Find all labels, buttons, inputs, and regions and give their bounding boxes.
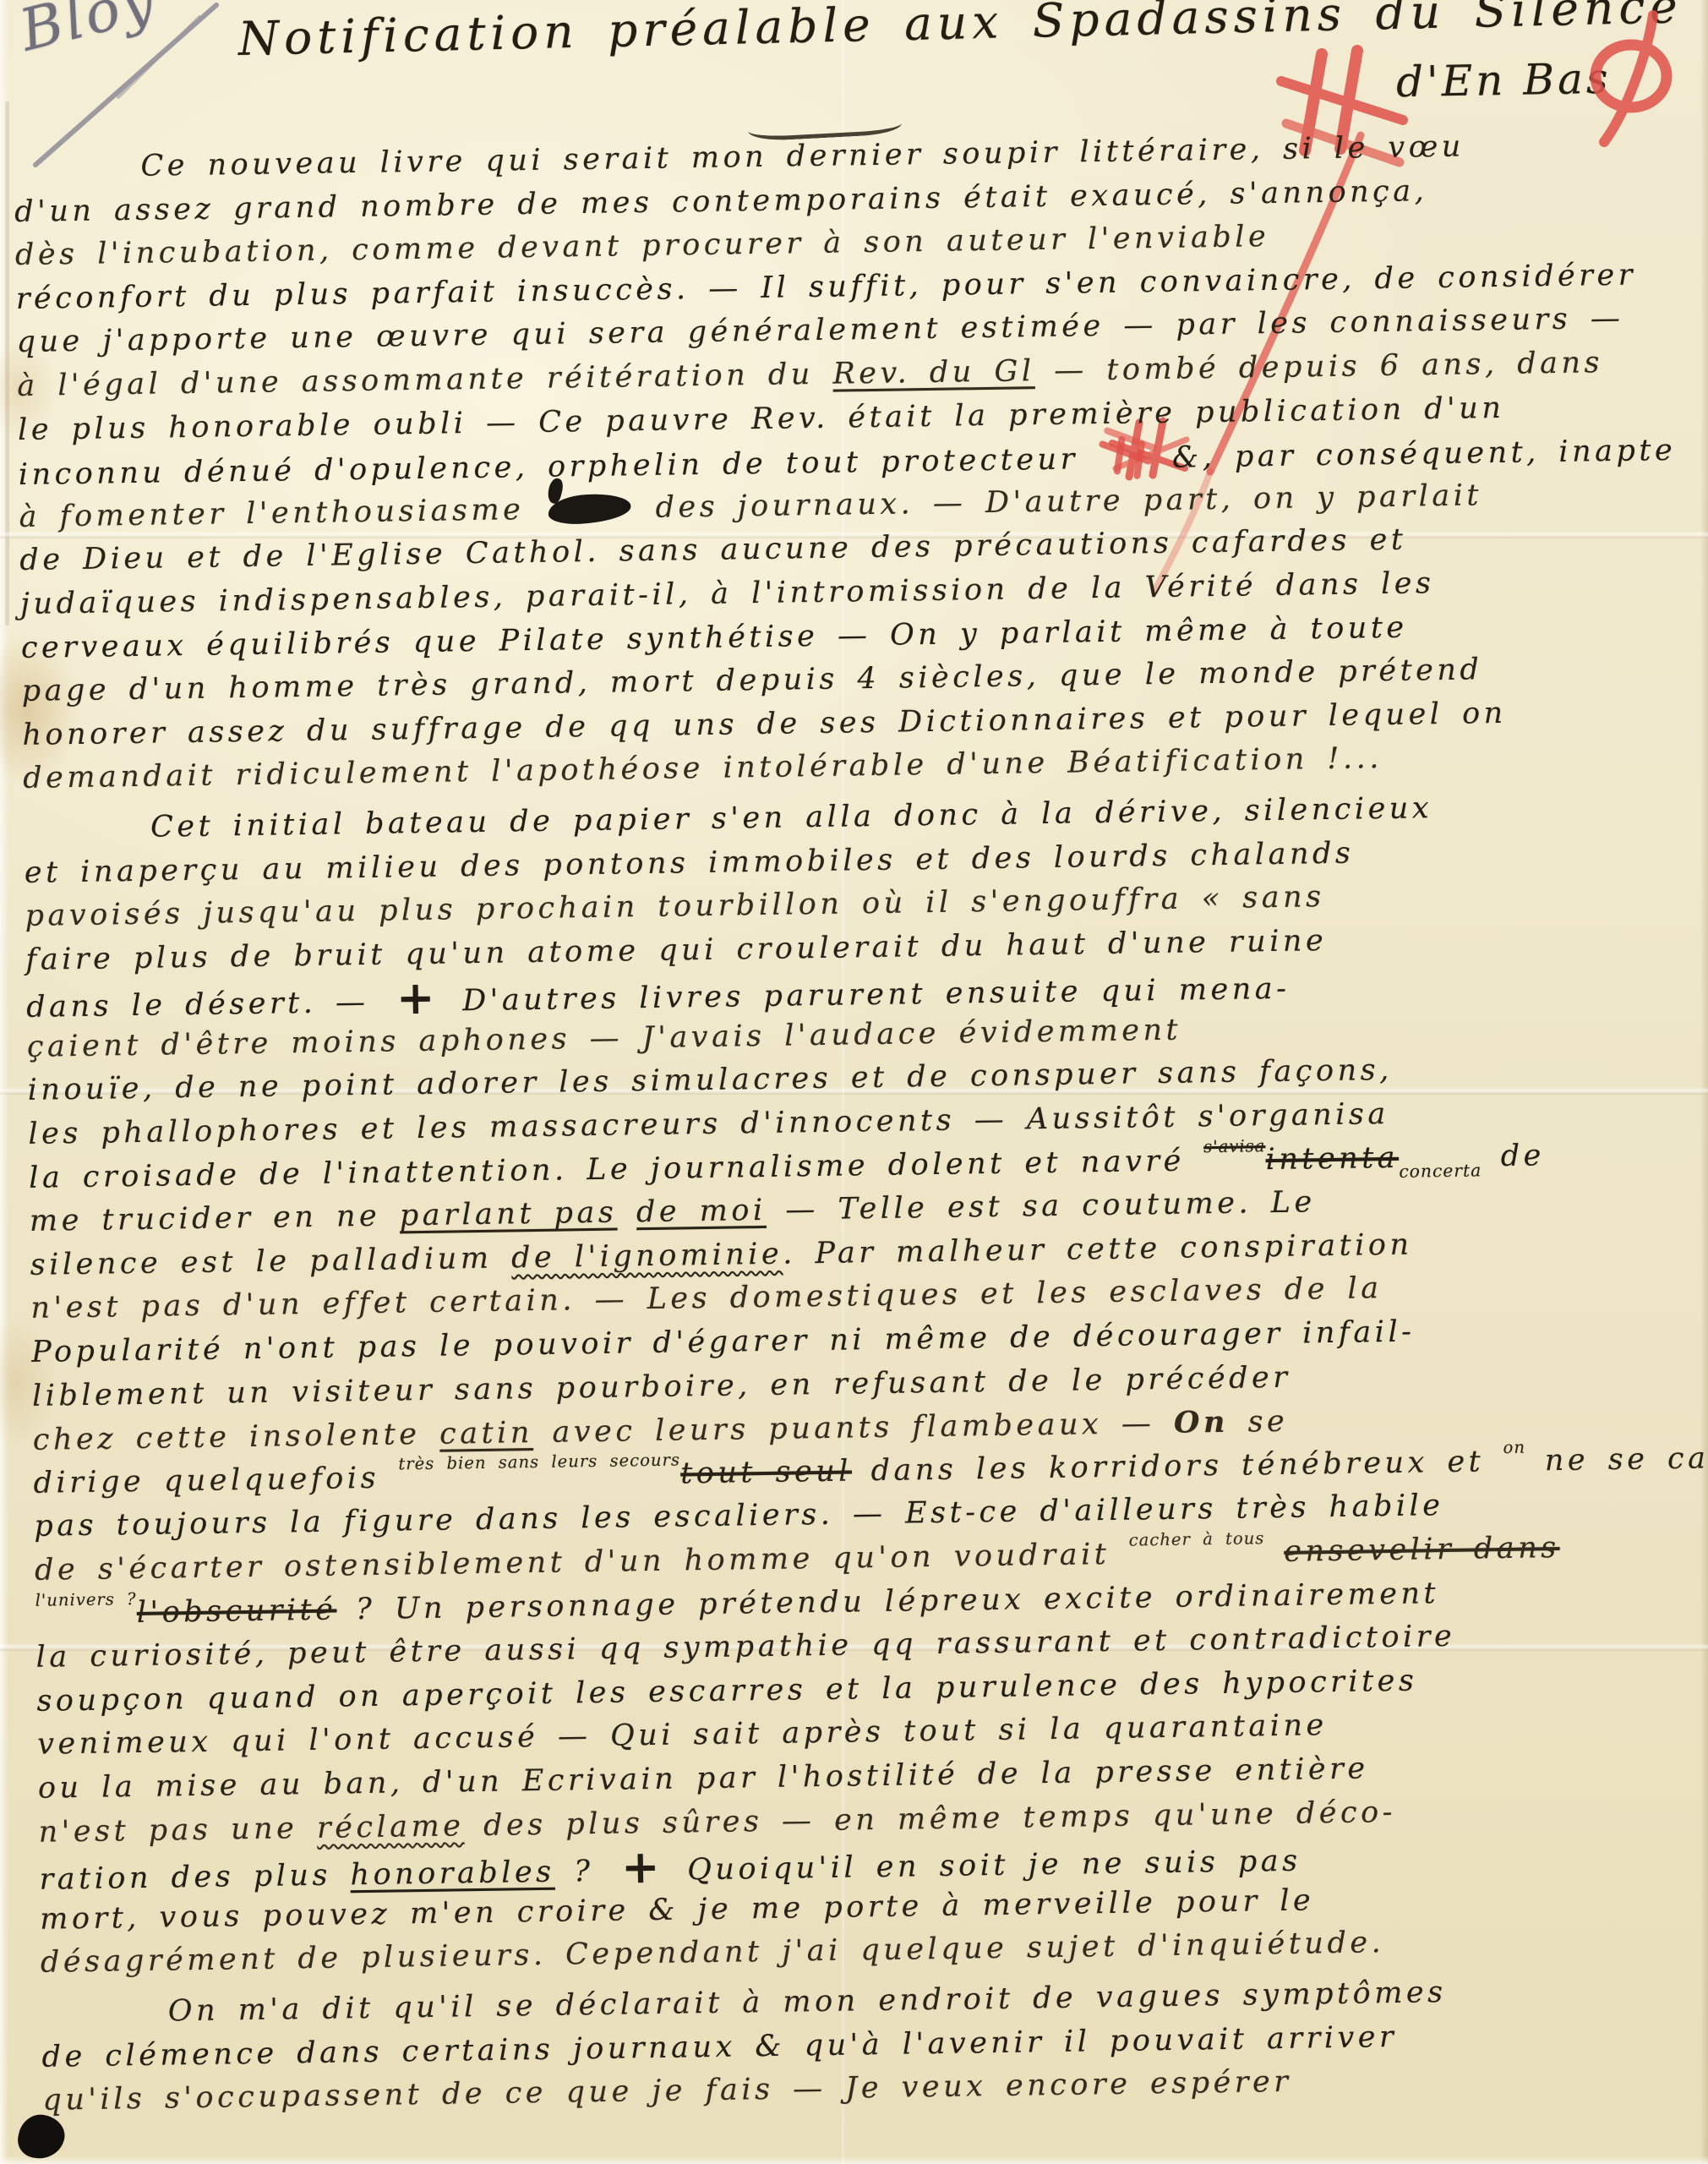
manuscript-text-segment: dirige quelquefois [33,1461,399,1500]
red-crossout-mark-inline [1100,435,1150,477]
manuscript-text-segment: ensevelir dans [1284,1531,1560,1569]
ink-blot-strikeout [548,491,632,526]
manuscript-text-segment: à l'égal d'une assommante réitération du [17,358,833,403]
manuscript-text-segment: . Par malheur cette conspiration [783,1227,1413,1271]
manuscript-text-segment: me trucider en ne [30,1199,400,1238]
manuscript-text-segment: silence est le palladium [30,1241,511,1281]
manuscript-text-segment: ration des plus [39,1858,351,1896]
manuscript-text-segment: très bien sans leurs secours [398,1451,680,1474]
manuscript-text-segment: cacher à tous [1129,1529,1265,1550]
manuscript-text-segment: à fomenter l'enthousiasme [19,492,543,533]
manuscript-text-segment: Rev. du Gl [832,354,1035,391]
manuscript-text-segment: l'univers ? [35,1589,136,1610]
manuscript-text-segment: avec leurs puants flambeaux — [533,1407,1175,1450]
manuscript-text-segment [1264,1535,1284,1569]
bloy-pencil-inscription: Bloy [14,0,163,65]
manuscript-text-segment: réclame [317,1809,465,1845]
manuscript-text-segment: — Telle est sa coutume. Le [766,1186,1316,1228]
manuscript-text-segment: des journaux. — D'autre part, on y parla… [636,478,1483,525]
manuscript-page: Bloy Notification préalable aux Spadassi… [0,0,1708,2164]
manuscript-text-segment: chez cette insolente [33,1418,440,1457]
manuscript-text-segment: concerta [1399,1160,1482,1181]
manuscript-text-segment: de [1482,1139,1545,1173]
manuscript-text-segment: n'est pas une [38,1811,317,1849]
manuscript-text-segment: dans le désert. — [26,986,388,1025]
manuscript-text-segment: dans les korridors ténébreux et [852,1445,1503,1488]
manuscript-text-segment: de l'ignominie [511,1237,783,1275]
manuscript-text-segment: on [1503,1438,1525,1457]
manuscript-text-segment: ? [554,1855,613,1889]
manuscript-text-segment: tout seul [680,1454,852,1490]
manuscript-body: Ce nouveau livre qui serait mon dernier … [14,115,1708,2123]
manuscript-text-segment: se [1229,1405,1289,1440]
manuscript-text-segment: l'obscurité [137,1593,337,1630]
manuscript-text-segment: On [1174,1405,1230,1440]
manuscript-text-segment: intenta [1265,1140,1399,1176]
manuscript-text-segment [617,1195,636,1229]
manuscript-text-segment: + [613,1839,668,1894]
manuscript-text-segment: &, par conséquent, inapte [1153,434,1676,475]
manuscript-text-segment: ne se casse [1525,1440,1708,1478]
torn-edge-shadow [5,101,9,626]
manuscript-text-segment: + [388,970,444,1025]
page-title-line2: d'En Bas [1396,54,1613,107]
manuscript-text-segment: catin [439,1416,533,1451]
manuscript-text-segment: parlant pas [400,1196,618,1233]
manuscript-text-segment: s'avisa [1203,1136,1266,1156]
manuscript-text-segment: — tombé depuis 6 ans, dans [1034,346,1603,388]
manuscript-text-segment: honorables [350,1855,555,1893]
scan-edge-bottom [0,2156,1708,2164]
manuscript-text-segment: de moi [636,1194,767,1229]
manuscript-text-segment: des plus sûres — en même temps qu'une dé… [464,1795,1396,1843]
